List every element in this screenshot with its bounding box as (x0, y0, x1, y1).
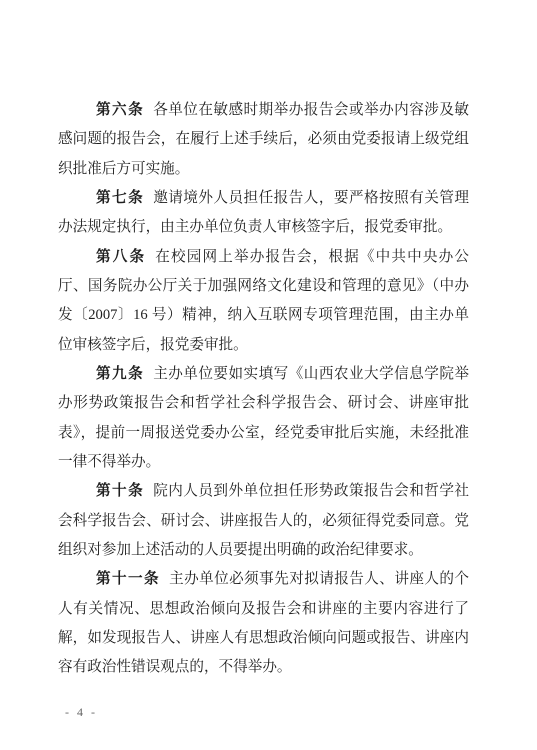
article-number: 第十条 (96, 483, 144, 499)
article-paragraph: 第六条各单位在敏感时期举办报告会或举办内容涉及敏感问题的报告会，在履行上述手续后… (58, 96, 469, 184)
document-body: 第六条各单位在敏感时期举办报告会或举办内容涉及敏感问题的报告会，在履行上述手续后… (58, 96, 469, 683)
document-page: 第六条各单位在敏感时期举办报告会或举办内容涉及敏感问题的报告会，在履行上述手续后… (0, 0, 537, 750)
article-paragraph: 第十一条主办单位必须事先对拟请报告人、讲座人的个人有关情况、思想政治倾向及报告会… (58, 565, 469, 682)
article-number: 第十一条 (96, 571, 160, 587)
page-number: - 4 - (65, 705, 98, 719)
article-number: 第八条 (96, 249, 146, 265)
article-paragraph: 第八条在校园网上举办报告会，根据《中共中央办公厅、国务院办公厅关于加强网络文化建… (58, 243, 469, 360)
article-paragraph: 第九条主办单位要如实填写《山西农业大学信息学院举办形势政策报告会和哲学社会科学报… (58, 360, 469, 477)
article-number: 第六条 (96, 102, 144, 118)
article-number: 第九条 (96, 366, 144, 382)
article-paragraph: 第十条院内人员到外单位担任形势政策报告会和哲学社会科学报告会、研讨会、讲座报告人… (58, 477, 469, 565)
article-number: 第七条 (96, 190, 144, 206)
article-paragraph: 第七条邀请境外人员担任报告人，要严格按照有关管理办法规定执行，由主办单位负责人审… (58, 184, 469, 243)
